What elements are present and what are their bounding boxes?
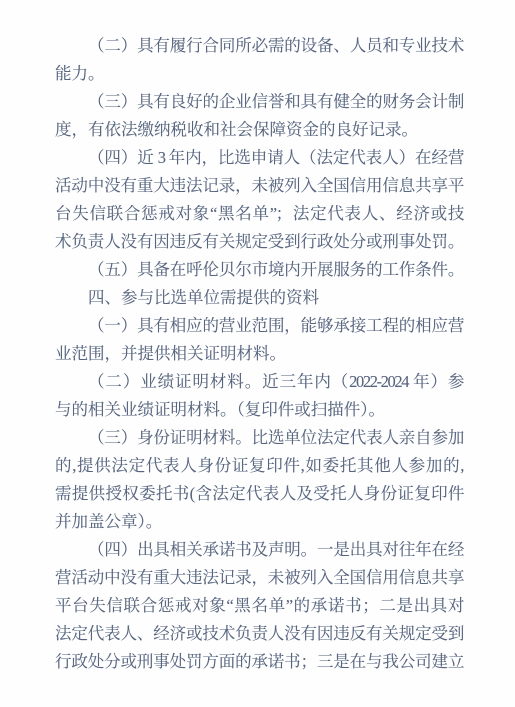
text-line: 业范围，并提供相关证明材料。 [55, 340, 463, 368]
text-line: 四、参与比选单位需提供的资料 [55, 284, 463, 312]
text-line: 术负责人没有因违反有关规定受到行政处分或刑事处罚。 [55, 228, 463, 256]
text-line: 并加盖公章）。 [55, 508, 463, 536]
text-line: （四）近 3 年内，比选申请人（法定代表人）在经营 [55, 144, 463, 172]
text-line: 台失信联合惩戒对象“黑名单”；法定代表人、经济或技 [55, 200, 463, 228]
text-line: （五）具备在呼伦贝尔市境内开展服务的工作条件。 [55, 256, 463, 284]
document-page: （二）具有履行合同所必需的设备、人员和专业技术能力。（三）具有良好的企业信誉和具… [0, 0, 515, 707]
text-line: 的,提供法定代表人身份证复印件,如委托其他人参加的, [55, 452, 463, 480]
text-line: 能力。 [55, 60, 463, 88]
text-line: 行政处分或刑事处罚方面的承诺书；三是在与我公司建立 [55, 648, 463, 676]
document-text-block: （二）具有履行合同所必需的设备、人员和专业技术能力。（三）具有良好的企业信誉和具… [55, 32, 463, 676]
text-line: （二）具有履行合同所必需的设备、人员和专业技术 [55, 32, 463, 60]
text-line: 活动中没有重大违法记录，未被列入全国信用信息共享平 [55, 172, 463, 200]
text-line: 度，有依法缴纳税收和社会保障资金的良好记录。 [55, 116, 463, 144]
text-line: 与的相关业绩证明材料。（复印件或扫描件）。 [55, 396, 463, 424]
text-line: 平台失信联合惩戒对象“黑名单”的承诺书；二是出具对 [55, 592, 463, 620]
text-line: 营活动中没有重大违法记录，未被列入全国信用信息共享 [55, 564, 463, 592]
text-line: （四）出具相关承诺书及声明。一是出具对往年在经 [55, 536, 463, 564]
text-line: （一）具有相应的营业范围，能够承接工程的相应营 [55, 312, 463, 340]
text-line: 需提供授权委托书(含法定代表人及受托人身份证复印件 [55, 480, 463, 508]
text-line: 法定代表人、经济或技术负责人没有因违反有关规定受到 [55, 620, 463, 648]
text-line: （三）身份证明材料。比选单位法定代表人亲自参加 [55, 424, 463, 452]
text-line: （三）具有良好的企业信誉和具有健全的财务会计制 [55, 88, 463, 116]
text-line: （二）业绩证明材料。近三年内（2022-2024 年）参 [55, 368, 463, 396]
